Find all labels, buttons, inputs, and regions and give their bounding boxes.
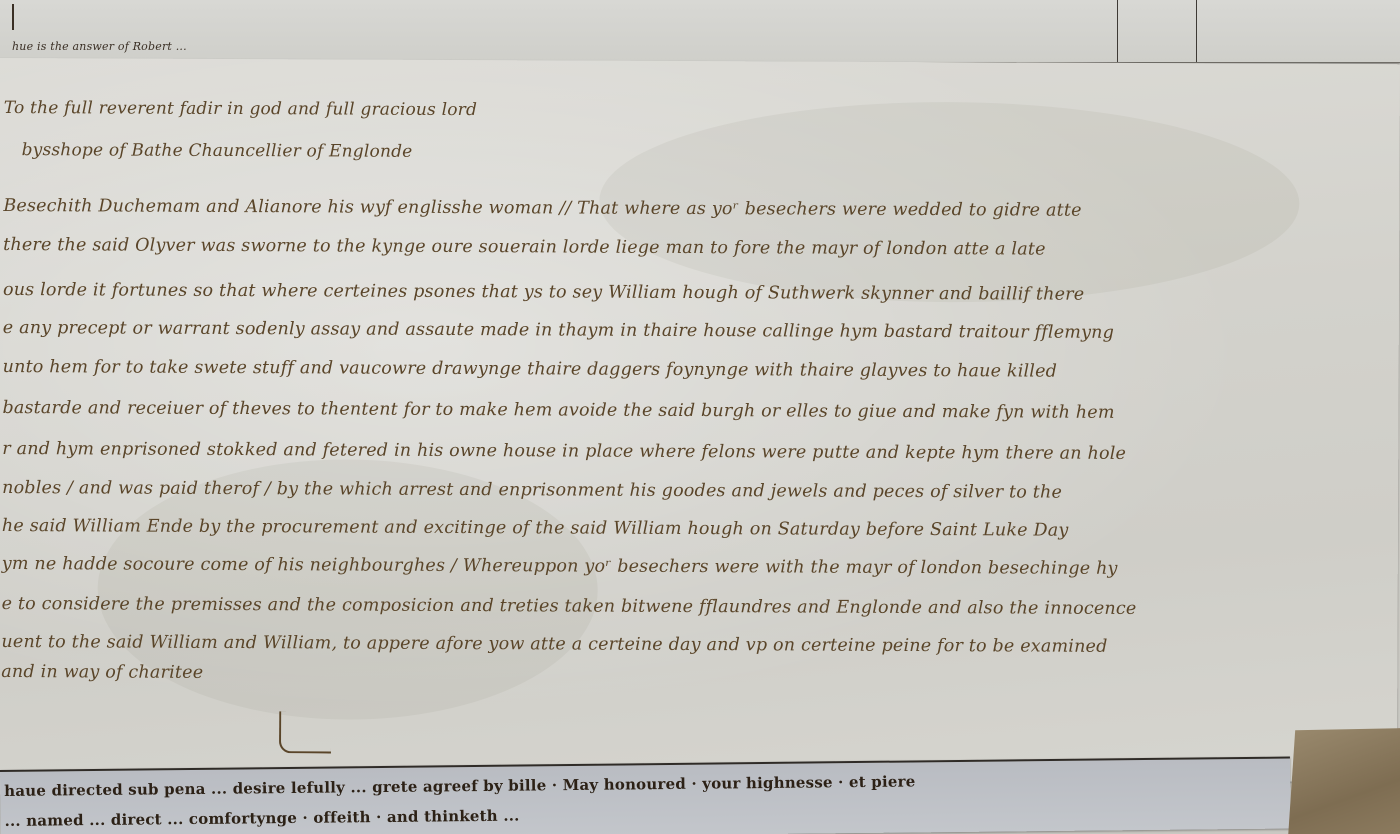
top-fragment-text: hue is the answer of Robert ... [12, 40, 187, 53]
body-line: r and hym enprisoned stokked and fetered… [2, 439, 1126, 464]
main-petition-sheet: To the full reverent fadir in god and fu… [0, 58, 1400, 782]
signoff-flourish [279, 711, 331, 753]
body-line: unto hem for to take swete stuff and vau… [3, 357, 1058, 382]
body-line: ous lorde it fortunes so that where cert… [3, 280, 1084, 305]
bottom-line: haue directed sub pena ... desire lefull… [4, 772, 915, 800]
bottom-line: ... named ... direct ... comfortynge · o… [4, 807, 519, 830]
address-line-2: bysshope of Bathe Chauncellier of Englon… [22, 140, 413, 162]
body-line: there the said Olyver was sworne to the … [3, 235, 1046, 260]
bottom-parchment-sheet: haue directed sub pena ... desire lefull… [0, 756, 1291, 834]
body-line: bastarde and receiuer of theves to thent… [2, 398, 1114, 423]
address-line-1: To the full reverent fadir in god and fu… [4, 98, 477, 120]
body-line: e any precept or warrant sodenly assay a… [3, 318, 1114, 343]
crease-line [1196, 0, 1197, 62]
crease-line [1117, 0, 1118, 62]
body-line: Besechith Duchemam and Alianore his wyf … [3, 196, 1081, 221]
body-line: nobles / and was paid therof / by the wh… [2, 478, 1062, 503]
margin-stroke [12, 4, 14, 30]
parchment-tag-flap [1288, 728, 1400, 834]
closing-line: and in way of charitee [1, 662, 203, 683]
top-parchment-sheet: hue is the answer of Robert ... [0, 0, 1400, 63]
